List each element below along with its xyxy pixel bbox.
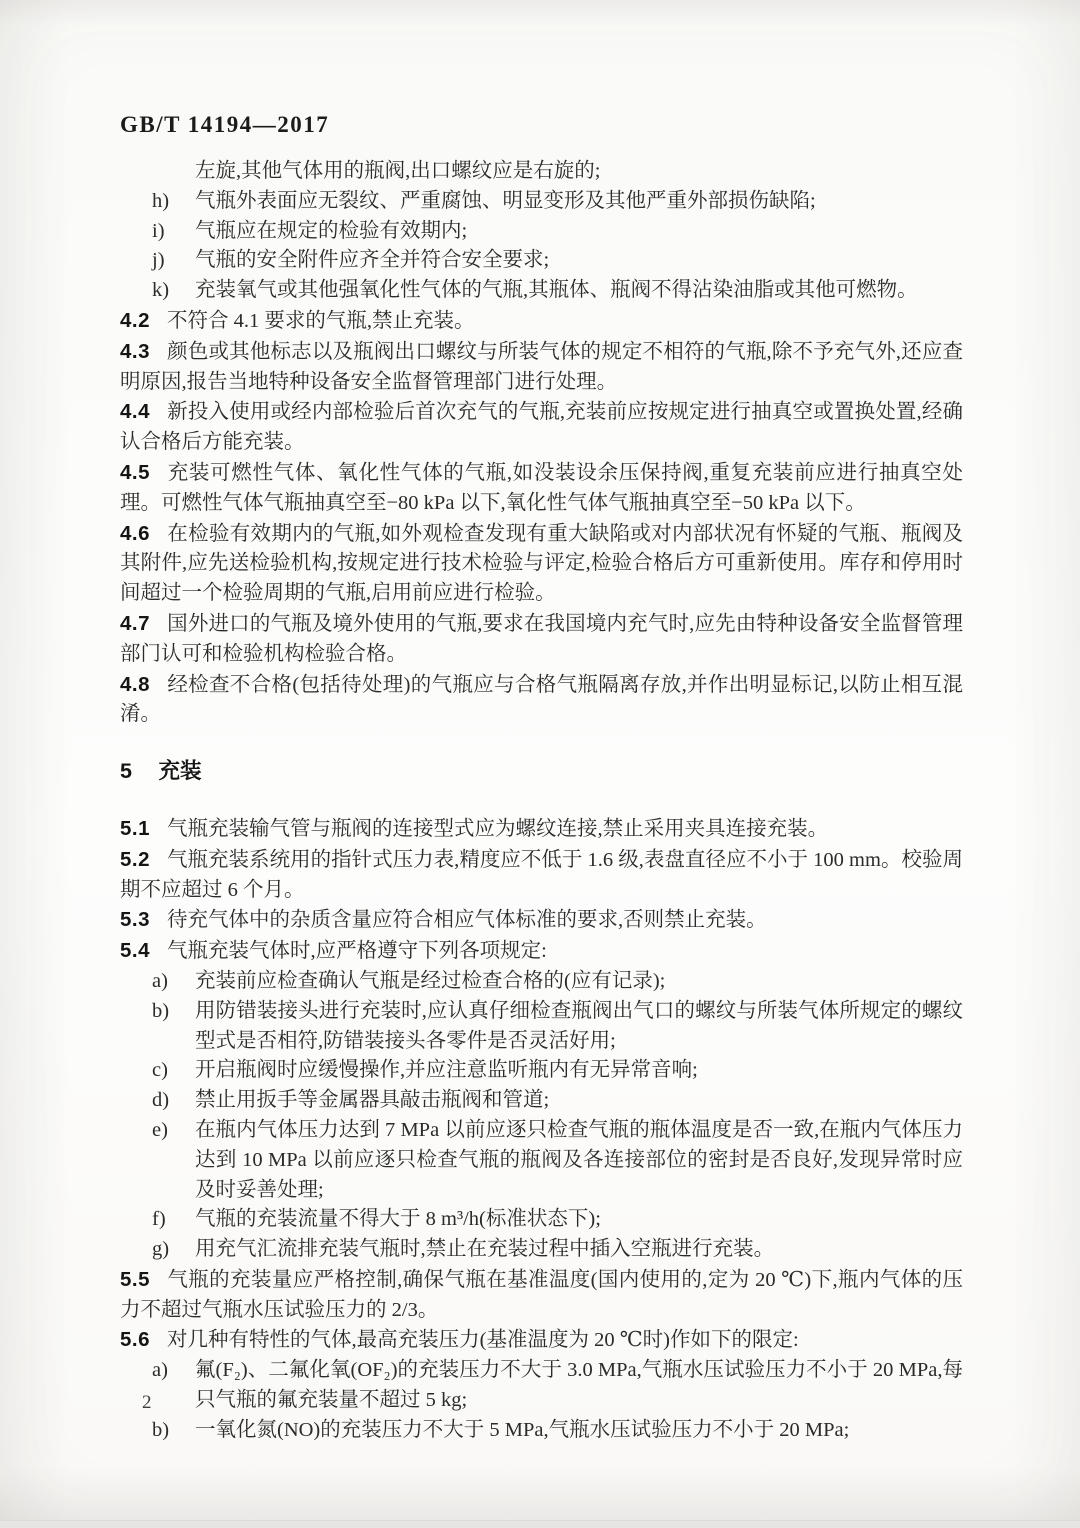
item-marker: b) bbox=[152, 997, 169, 1027]
clause-5.2: 5.2气瓶充装系统用的指针式压力表,精度应不低于 1.6 级,表盘直径应不小于 … bbox=[120, 845, 963, 906]
list-item-g: g)用充气汇流排充装气瓶时,禁止在充装过程中插入空瓶进行充装。 bbox=[120, 1235, 963, 1265]
clause-text: 待充气体中的杂质含量应符合相应气体标准的要求,否则禁止充装。 bbox=[167, 909, 767, 931]
list-item-f: f)气瓶的充装流量不得大于 8 m³/h(标准状态下); bbox=[120, 1205, 963, 1235]
scan-bottom-edge bbox=[0, 1520, 1080, 1528]
clause-number: 4.6 bbox=[120, 522, 150, 545]
clause-text: 颜色或其他标志以及瓶阀出口螺纹与所装气体的规定不相符的气瓶,除不予充气外,还应查… bbox=[120, 341, 963, 393]
list-item-b: b)用防错装接头进行充装时,应认真仔细检查瓶阀出气口的螺纹与所装气体所规定的螺纹… bbox=[120, 997, 963, 1057]
clause-5.4: 5.4气瓶充装气体时,应严格遵守下列各项规定: bbox=[120, 936, 963, 967]
clause-text: 气瓶充装系统用的指针式压力表,精度应不低于 1.6 级,表盘直径应不小于 100… bbox=[120, 849, 963, 901]
clause-number: 5.6 bbox=[120, 1328, 150, 1351]
clause-text: 经检查不合格(包括待处理)的气瓶应与合格气瓶隔离存放,并作出明显标记,以防止相互… bbox=[120, 674, 963, 726]
clause-text: 对几种有特性的气体,最高充装压力(基准温度为 20 ℃时)作如下的限定: bbox=[167, 1329, 799, 1351]
list-item-i: i)气瓶应在规定的检验有效期内; bbox=[120, 217, 963, 247]
item-text: 一氧化氮(NO)的充装压力不大于 5 MPa,气瓶水压试验压力不小于 20 MP… bbox=[195, 1419, 849, 1441]
item-marker: a) bbox=[152, 967, 168, 997]
item-marker: c) bbox=[152, 1056, 168, 1086]
list-item-k: k)充装氧气或其他强氧化性气体的气瓶,其瓶体、瓶阀不得沾染油脂或其他可燃物。 bbox=[120, 276, 963, 306]
clause-number: 5.3 bbox=[120, 908, 150, 931]
clause-text: 充装可燃性气体、氧化性气体的气瓶,如没装设余压保持阀,重复充装前应进行抽真空处理… bbox=[120, 462, 963, 514]
section-number: 5 bbox=[120, 759, 132, 783]
clause-4.6: 4.6在检验有效期内的气瓶,如外观检查发现有重大缺陷或对内部状况有怀疑的气瓶、瓶… bbox=[120, 519, 963, 609]
item-text: 气瓶外表面应无裂纹、严重腐蚀、明显变形及其他严重外部损伤缺陷; bbox=[195, 190, 816, 212]
clause-number: 4.3 bbox=[120, 340, 150, 363]
section-title: 充装 bbox=[158, 759, 201, 783]
list-item-d: d)禁止用扳手等金属器具敲击瓶阀和管道; bbox=[120, 1086, 963, 1116]
item-text: 用防错装接头进行充装时,应认真仔细检查瓶阀出气口的螺纹与所装气体所规定的螺纹型式… bbox=[195, 1000, 963, 1052]
clause-4.4: 4.4新投入使用或经内部检验后首次充气的气瓶,充装前应按规定进行抽真空或置换处置… bbox=[120, 397, 963, 458]
clause-4.8: 4.8经检查不合格(包括待处理)的气瓶应与合格气瓶隔离存放,并作出明显标记,以防… bbox=[120, 670, 963, 731]
list-item-j: j)气瓶的安全附件应齐全并符合安全要求; bbox=[120, 246, 963, 276]
item-marker: b) bbox=[152, 1416, 169, 1446]
clause-text: 气瓶充装输气管与瓶阀的连接型式应为螺纹连接,禁止采用夹具连接充装。 bbox=[167, 818, 828, 840]
clause-number: 4.8 bbox=[120, 673, 150, 696]
clause-4.5: 4.5充装可燃性气体、氧化性气体的气瓶,如没装设余压保持阀,重复充装前应进行抽真… bbox=[120, 458, 963, 519]
clause-text: 不符合 4.1 要求的气瓶,禁止充装。 bbox=[167, 310, 475, 332]
item-text: 充装前应检查确认气瓶是经过检查合格的(应有记录); bbox=[195, 970, 665, 992]
section-heading: 5充装 bbox=[120, 757, 963, 787]
item-marker: i) bbox=[152, 217, 165, 247]
clause-text: 新投入使用或经内部检验后首次充气的气瓶,充装前应按规定进行抽真空或置换处置,经确… bbox=[120, 401, 963, 453]
item-marker: f) bbox=[152, 1205, 166, 1235]
list-item-a: a)氟(F₂)、二氟化氧(OF₂)的充装压力不大于 3.0 MPa,气瓶水压试验… bbox=[120, 1356, 963, 1416]
list-item-e: e)在瓶内气体压力达到 7 MPa 以前应逐只检查气瓶的瓶体温度是否一致,在瓶内… bbox=[120, 1116, 963, 1205]
clause-5.3: 5.3待充气体中的杂质含量应符合相应气体标准的要求,否则禁止充装。 bbox=[120, 905, 963, 936]
clause-5.1: 5.1气瓶充装输气管与瓶阀的连接型式应为螺纹连接,禁止采用夹具连接充装。 bbox=[120, 814, 963, 845]
item-text: 氟(F₂)、二氟化氧(OF₂)的充装压力不大于 3.0 MPa,气瓶水压试验压力… bbox=[195, 1359, 963, 1411]
item-text: 在瓶内气体压力达到 7 MPa 以前应逐只检查气瓶的瓶体温度是否一致,在瓶内气体… bbox=[195, 1119, 963, 1201]
item-text: 气瓶应在规定的检验有效期内; bbox=[195, 220, 467, 242]
page-number: 2 bbox=[142, 1392, 152, 1414]
item-marker: g) bbox=[152, 1235, 169, 1265]
list-item-b: b)一氧化氮(NO)的充装压力不大于 5 MPa,气瓶水压试验压力不小于 20 … bbox=[120, 1416, 963, 1446]
clause-4.7: 4.7国外进口的气瓶及境外使用的气瓶,要求在我国境内充气时,应先由特种设备安全监… bbox=[120, 609, 963, 670]
item-marker: d) bbox=[152, 1086, 169, 1116]
standard-number-header: GB/T 14194—2017 bbox=[120, 112, 329, 138]
item-text: 禁止用扳手等金属器具敲击瓶阀和管道; bbox=[195, 1089, 549, 1111]
clause-number: 4.5 bbox=[120, 461, 150, 484]
continuation-line: 左旋,其他气体用的瓶阀,出口螺纹应是右旋的; bbox=[120, 157, 963, 187]
item-marker: h) bbox=[152, 187, 169, 217]
list-item-h: h)气瓶外表面应无裂纹、严重腐蚀、明显变形及其他严重外部损伤缺陷; bbox=[120, 187, 963, 217]
clause-4.2: 4.2不符合 4.1 要求的气瓶,禁止充装。 bbox=[120, 306, 963, 337]
clause-number: 4.2 bbox=[120, 309, 150, 332]
clause-text: 气瓶充装气体时,应严格遵守下列各项规定: bbox=[167, 940, 547, 962]
item-marker: j) bbox=[152, 246, 165, 276]
document-page: GB/T 14194—2017 左旋,其他气体用的瓶阀,出口螺纹应是右旋的;h)… bbox=[0, 0, 1080, 1528]
item-text: 左旋,其他气体用的瓶阀,出口螺纹应是右旋的; bbox=[195, 160, 600, 182]
clause-number: 4.7 bbox=[120, 612, 150, 635]
clause-number: 5.4 bbox=[120, 939, 150, 962]
item-text: 气瓶的安全附件应齐全并符合安全要求; bbox=[195, 249, 549, 271]
clause-number: 5.5 bbox=[120, 1268, 150, 1291]
document-body: 左旋,其他气体用的瓶阀,出口螺纹应是右旋的;h)气瓶外表面应无裂纹、严重腐蚀、明… bbox=[120, 157, 963, 1446]
clause-number: 5.2 bbox=[120, 848, 150, 871]
list-item-c: c)开启瓶阀时应缓慢操作,并应注意监听瓶内有无异常音响; bbox=[120, 1056, 963, 1086]
clause-text: 国外进口的气瓶及境外使用的气瓶,要求在我国境内充气时,应先由特种设备安全监督管理… bbox=[120, 613, 963, 665]
item-text: 气瓶的充装流量不得大于 8 m³/h(标准状态下); bbox=[195, 1208, 601, 1230]
clause-number: 4.4 bbox=[120, 400, 150, 423]
clause-text: 在检验有效期内的气瓶,如外观检查发现有重大缺陷或对内部状况有怀疑的气瓶、瓶阀及其… bbox=[120, 523, 963, 605]
item-text: 充装氧气或其他强氧化性气体的气瓶,其瓶体、瓶阀不得沾染油脂或其他可燃物。 bbox=[195, 279, 918, 301]
clause-5.5: 5.5气瓶的充装量应严格控制,确保气瓶在基准温度(国内使用的,定为 20 ℃)下… bbox=[120, 1265, 963, 1326]
list-item-a: a)充装前应检查确认气瓶是经过检查合格的(应有记录); bbox=[120, 967, 963, 997]
item-marker: a) bbox=[152, 1356, 168, 1386]
clause-5.6: 5.6对几种有特性的气体,最高充装压力(基准温度为 20 ℃时)作如下的限定: bbox=[120, 1325, 963, 1356]
item-text: 用充气汇流排充装气瓶时,禁止在充装过程中插入空瓶进行充装。 bbox=[195, 1238, 774, 1260]
item-marker: e) bbox=[152, 1116, 168, 1146]
clause-text: 气瓶的充装量应严格控制,确保气瓶在基准温度(国内使用的,定为 20 ℃)下,瓶内… bbox=[120, 1269, 963, 1321]
item-marker: k) bbox=[152, 276, 169, 306]
item-text: 开启瓶阀时应缓慢操作,并应注意监听瓶内有无异常音响; bbox=[195, 1059, 698, 1081]
clause-4.3: 4.3颜色或其他标志以及瓶阀出口螺纹与所装气体的规定不相符的气瓶,除不予充气外,… bbox=[120, 337, 963, 398]
clause-number: 5.1 bbox=[120, 817, 150, 840]
